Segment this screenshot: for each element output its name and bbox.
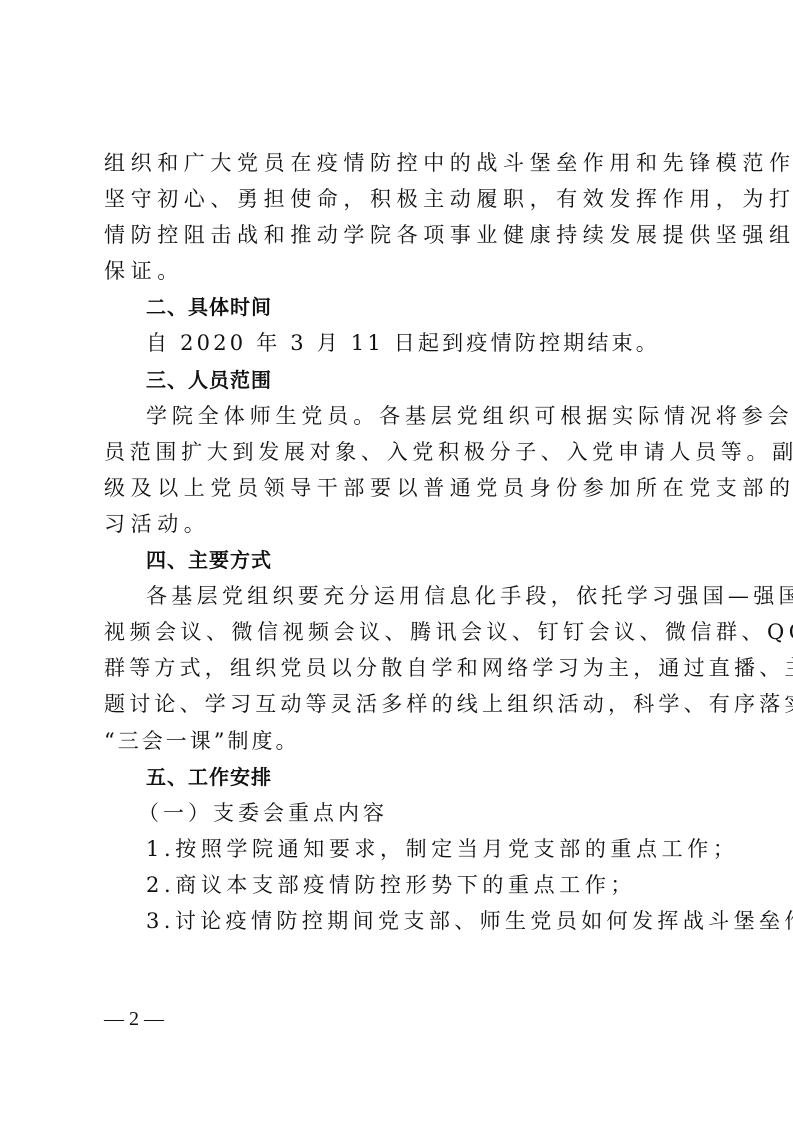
section-heading: 三、人员范围 xyxy=(104,362,692,398)
text-line: 情防控阻击战和推动学院各项事业健康持续发展提供坚强组织 xyxy=(104,217,692,253)
document-page: 组织和广大党员在疫情防控中的战斗堡垒作用和先锋模范作用， 坚守初心、勇担使命，积… xyxy=(104,145,692,939)
intro-paragraph: 组织和广大党员在疫情防控中的战斗堡垒作用和先锋模范作用， 坚守初心、勇担使命，积… xyxy=(104,145,692,289)
text-line: 习活动。 xyxy=(104,506,692,542)
text-line: 题讨论、学习互动等灵活多样的线上组织活动，科学、有序落实 xyxy=(104,686,692,722)
text-line: 自 2020 年 3 月 11 日起到疫情防控期结束。 xyxy=(104,325,692,361)
text-line: 保证。 xyxy=(104,253,692,289)
text-line: 组织和广大党员在疫情防控中的战斗堡垒作用和先锋模范作用， xyxy=(104,145,692,181)
text-line: 各基层党组织要充分运用信息化手段，依托学习强国—强国 xyxy=(104,578,692,614)
text-line: 坚守初心、勇担使命，积极主动履职，有效发挥作用，为打赢疫 xyxy=(104,181,692,217)
list-item: 3.讨论疫情防控期间党支部、师生党员如何发挥战斗堡垒作 xyxy=(104,903,692,939)
section-method: 四、主要方式 各基层党组织要充分运用信息化手段，依托学习强国—强国 视频会议、微… xyxy=(104,542,692,759)
text-line: 学院全体师生党员。各基层党组织可根据实际情况将参会人 xyxy=(104,398,692,434)
text-line: “三会一课”制度。 xyxy=(104,723,692,759)
section-heading: 二、具体时间 xyxy=(104,289,692,325)
section-heading: 五、工作安排 xyxy=(104,759,692,795)
subsection-heading: （一）支委会重点内容 xyxy=(104,795,692,831)
text-line: 级及以上党员领导干部要以普通党员身份参加所在党支部的学 xyxy=(104,470,692,506)
text-line: 群等方式，组织党员以分散自学和网络学习为主，通过直播、主 xyxy=(104,650,692,686)
section-time: 二、具体时间 自 2020 年 3 月 11 日起到疫情防控期结束。 xyxy=(104,289,692,361)
list-item: 2.商议本支部疫情防控形势下的重点工作； xyxy=(104,867,692,903)
text-line: 员范围扩大到发展对象、入党积极分子、入党申请人员等。副处 xyxy=(104,434,692,470)
text-line: 视频会议、微信视频会议、腾讯会议、钉钉会议、微信群、QQ xyxy=(104,614,692,650)
page-number: — 2 — xyxy=(104,1008,164,1031)
section-scope: 三、人员范围 学院全体师生党员。各基层党组织可根据实际情况将参会人 员范围扩大到… xyxy=(104,362,692,542)
list-item: 1.按照学院通知要求，制定当月党支部的重点工作； xyxy=(104,831,692,867)
section-arrangement: 五、工作安排 （一）支委会重点内容 1.按照学院通知要求，制定当月党支部的重点工… xyxy=(104,759,692,939)
section-heading: 四、主要方式 xyxy=(104,542,692,578)
